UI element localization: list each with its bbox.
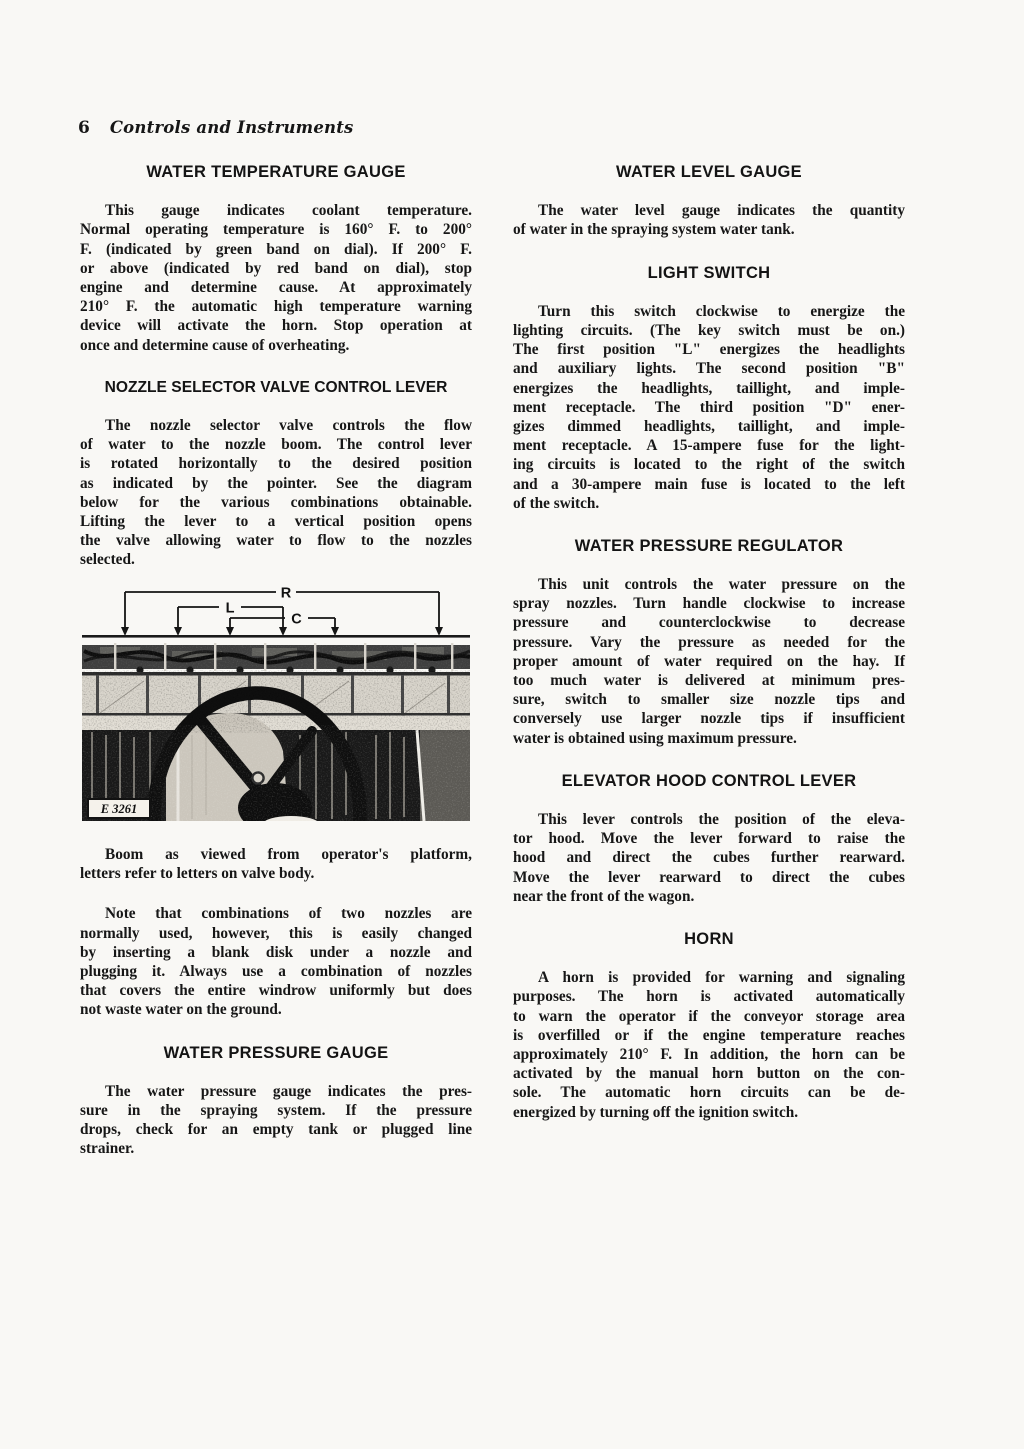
section-heading: WATER TEMPERATURE GAUGE	[80, 163, 472, 181]
text-line: Normal operating temperature is 160° F. …	[80, 220, 472, 239]
text-line: too much water is delivered at minimum p…	[513, 671, 905, 690]
text-line: of water to the nozzle boom. The control…	[80, 435, 472, 454]
text-line: ing circuits is located to the right of …	[513, 455, 905, 474]
text-line: the valve allowing water to flow to the …	[80, 531, 472, 550]
text-line: sole. The automatic horn circuits can be…	[513, 1083, 905, 1102]
page-number: 6	[78, 118, 90, 138]
text-line: This lever controls the position of the …	[513, 810, 905, 829]
text-line: The water pressure gauge indicates the p…	[80, 1082, 472, 1101]
text-line: spray nozzles. Turn handle clockwise to …	[513, 594, 905, 613]
text-line: conversely use larger nozzle tips if ins…	[513, 709, 905, 728]
paragraph: A horn is provided for warning and signa…	[513, 968, 905, 1122]
text-line: device will activate the horn. Stop oper…	[80, 316, 472, 335]
running-title: Controls and Instruments	[110, 118, 354, 137]
section-heading: HORN	[513, 930, 905, 948]
section-heading: ELEVATOR HOOD CONTROL LEVER	[513, 772, 905, 790]
text-line: pressure and counterclockwise to decreas…	[513, 613, 905, 632]
text-line: engine and determine cause. At approxima…	[80, 278, 472, 297]
text-line: plugging it. Always use a combination of…	[80, 962, 472, 981]
text-line: Lifting the lever to a vertical position…	[80, 512, 472, 531]
figure-caption: Boom as viewed from operator's platform,…	[80, 845, 472, 883]
section-heading: WATER PRESSURE GAUGE	[80, 1044, 472, 1062]
text-line: strainer.	[80, 1139, 472, 1158]
boom-photo: E 3261	[82, 635, 470, 822]
page-header: 6 Controls and Instruments	[78, 118, 354, 138]
text-line: purposes. The horn is activated automati…	[513, 987, 905, 1006]
text-line: energizes the headlights, taillight, and…	[513, 379, 905, 398]
text-line: lighting circuits. (The key switch must …	[513, 321, 905, 340]
text-line: Turn this switch clockwise to energize t…	[513, 302, 905, 321]
text-line: activated by the manual horn button on t…	[513, 1064, 905, 1083]
text-line: sure, switch to smaller size nozzle tips…	[513, 690, 905, 709]
section-heading: WATER LEVEL GAUGE	[513, 163, 905, 181]
section-heading: NOZZLE SELECTOR VALVE CONTROL LEVER	[80, 379, 472, 396]
photo-id-plate: E 3261	[88, 799, 150, 818]
text-line: that covers the entire windrow uniformly…	[80, 981, 472, 1000]
paragraph: The water level gauge indicates the quan…	[513, 201, 905, 239]
section-heading: WATER PRESSURE REGULATOR	[513, 537, 905, 555]
text-line: Note that combinations of two nozzles ar…	[80, 904, 472, 923]
bracket-label-right: R	[281, 586, 292, 602]
text-line: hood and direct the cubes further rearwa…	[513, 848, 905, 867]
text-line: and a 30-ampere main fuse is located to …	[513, 475, 905, 494]
text-line: pressure. Vary the pressure as needed fo…	[513, 633, 905, 652]
boom-figure: R L C	[80, 585, 472, 822]
section-heading: LIGHT SWITCH	[513, 264, 905, 282]
left-column-bottom: Boom as viewed from operator's platform,…	[80, 845, 472, 1159]
text-line: to warn the operator if the conveyor sto…	[513, 1007, 905, 1026]
text-line: The first position "L" energizes the hea…	[513, 340, 905, 359]
right-column: WATER LEVEL GAUGEThe water level gauge i…	[513, 163, 905, 1122]
paragraph: This lever controls the position of the …	[513, 810, 905, 906]
text-line: not waste water on the ground.	[80, 1000, 472, 1019]
text-line: or above (indicated by red band on dial)…	[80, 259, 472, 278]
text-line: A horn is provided for warning and signa…	[513, 968, 905, 987]
paragraph: This unit controls the water pressure on…	[513, 575, 905, 748]
text-line: water is obtained using maximum pressure…	[513, 729, 905, 748]
text-line: ment receptacle. A 15-ampere fuse for th…	[513, 436, 905, 455]
text-line: F. (indicated by green band on dial). If…	[80, 240, 472, 259]
text-line: proper amount of water required on the h…	[513, 652, 905, 671]
left-column-top: WATER TEMPERATURE GAUGEThis gauge indica…	[80, 163, 472, 570]
paragraph: The water pressure gauge indicates the p…	[80, 1082, 472, 1159]
text-line: approximately 210° F. In addition, the h…	[513, 1045, 905, 1064]
bracket-label-left: L	[226, 601, 235, 617]
text-line: selected.	[80, 550, 472, 569]
paragraph: The nozzle selector valve controls the f…	[80, 416, 472, 570]
text-line: The nozzle selector valve controls the f…	[80, 416, 472, 435]
text-line: letters refer to letters on valve body.	[80, 864, 472, 883]
text-line: near the front of the wagon.	[513, 887, 905, 906]
text-line: is overfilled or if the engine temperatu…	[513, 1026, 905, 1045]
text-line: This gauge indicates coolant temperature…	[80, 201, 472, 220]
manual-page: 6 Controls and Instruments WATER TEMPERA…	[0, 0, 1024, 1449]
paragraph: Turn this switch clockwise to energize t…	[513, 302, 905, 513]
text-line: of the switch.	[513, 494, 905, 513]
bracket-label-center: C	[291, 612, 302, 628]
text-line: is rotated horizontally to the desired p…	[80, 454, 472, 473]
text-line: energized by turning off the ignition sw…	[513, 1103, 905, 1122]
text-line: Boom as viewed from operator's platform,	[80, 845, 472, 864]
text-line: Move the lever rearward to direct the cu…	[513, 868, 905, 887]
text-line: normally used, however, this is easily c…	[80, 924, 472, 943]
photo-id: E 3261	[100, 802, 137, 816]
text-line: of water in the spraying system water ta…	[513, 220, 905, 239]
text-line: below for the various combinations obtai…	[80, 493, 472, 512]
text-line: by inserting a blank disk under a nozzle…	[80, 943, 472, 962]
text-line: 210° F. the automatic high temperature w…	[80, 297, 472, 316]
text-line: The water level gauge indicates the quan…	[513, 201, 905, 220]
text-line: ment receptacle. The third position "D" …	[513, 398, 905, 417]
text-line: and auxiliary lights. The second positio…	[513, 359, 905, 378]
bracket-arrows	[121, 627, 443, 636]
boom-photo-illustration: R L C	[80, 585, 472, 822]
paragraph: This gauge indicates coolant temperature…	[80, 201, 472, 355]
text-line: tor hood. Move the lever forward to rais…	[513, 829, 905, 848]
text-line: drops, check for an empty tank or plugge…	[80, 1120, 472, 1139]
text-line: This unit controls the water pressure on…	[513, 575, 905, 594]
text-line: gizes dimmed headlights, taillight, and …	[513, 417, 905, 436]
text-line: once and determine cause of overheating.	[80, 336, 472, 355]
text-line: as indicated by the pointer. See the dia…	[80, 474, 472, 493]
text-line: sure in the spraying system. If the pres…	[80, 1101, 472, 1120]
paragraph: Note that combinations of two nozzles ar…	[80, 904, 472, 1019]
